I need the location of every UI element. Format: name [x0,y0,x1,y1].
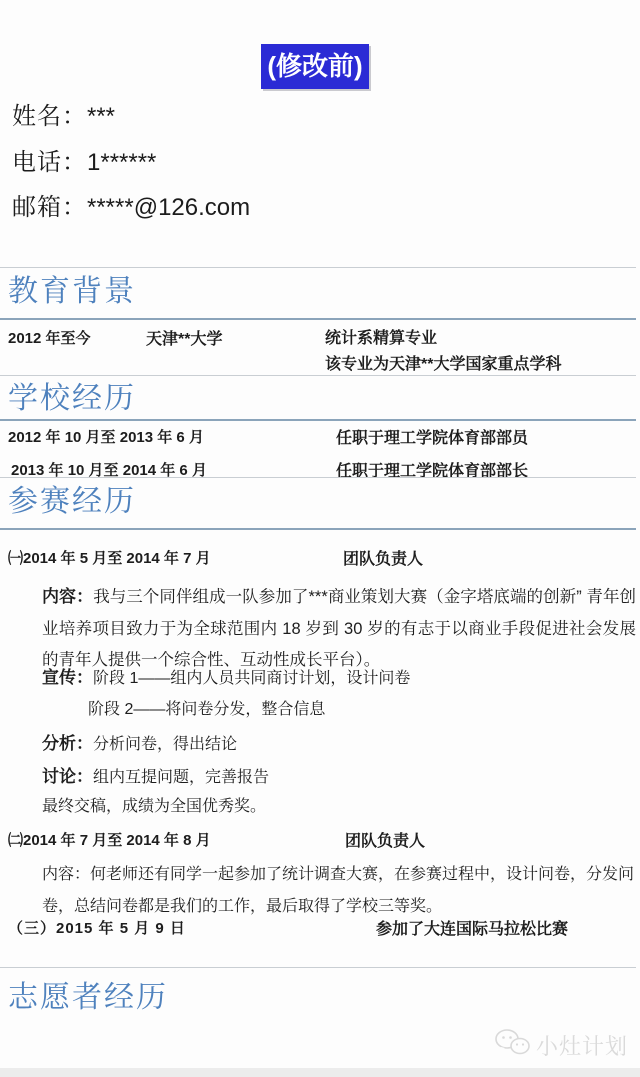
education-major: 统计系精算专业 该专业为天津**大学国家重点学科 [325,326,561,378]
phone-value: 1****** [87,149,156,176]
page-title: (修改前) [261,44,369,89]
phone-label: 电话： [12,149,87,176]
email-value: *****@126.com [87,194,250,221]
analysis-text: 分析问卷，得出结论 [93,736,237,753]
competition-entry3-period: （三）2015 年 5 月 9 日 [8,917,186,938]
education-period: 2012 年至今 [8,327,91,348]
competition-entry1-analysis: 分析：分析问卷，得出结论 [42,729,237,754]
section-heading-education: 教育背景 [8,272,136,312]
contact-email-row: 邮箱：*****@126.com [12,187,250,222]
divider [0,375,636,376]
competition-entry1-promotion: 宣传：阶段 1——组内人员共同商讨计划，设计问卷 [42,663,410,688]
email-label: 邮箱： [12,194,87,221]
competition-entry2-role: 团队负责人 [345,828,425,851]
competition-entry2-period: ㈡2014 年 7 月至 2014 年 8 月 [8,829,211,850]
content-label: 内容： [42,587,93,606]
competition-entry1-period: ㈠2014 年 5 月至 2014 年 7 月 [8,547,211,568]
discussion-label: 讨论： [42,767,93,786]
watermark-text: 小灶计划 [536,1030,628,1061]
name-label: 姓名： [12,103,87,130]
competition-entry1-stage2: 阶段 2——将问卷分发，整合信息 [88,696,325,719]
heading-underline [0,528,636,530]
education-school: 天津**大学 [146,326,222,349]
promotion-text: 阶段 1——组内人员共同商讨计划，设计问卷 [93,670,410,687]
competition-entry1-result: 最终交稿，成绩为全国优秀奖。 [42,793,266,816]
divider [0,477,636,478]
section-heading-volunteer: 志愿者经历 [8,978,168,1018]
education-major-line1: 统计系精算专业 [325,326,561,352]
competition-entry1-role: 团队负责人 [343,546,423,569]
competition-entry1-discussion: 讨论：组内互提问题，完善报告 [42,762,269,787]
competition-entry3-role: 参加了大连国际马拉松比赛 [376,916,568,939]
divider [0,967,636,968]
contact-phone-row: 电话：1****** [12,142,156,177]
school-exp-row-period: 2012 年 10 月至 2013 年 6 月 [8,426,204,447]
school-exp-row-role: 任职于理工学院体育部部员 [336,425,528,448]
watermark: 小灶计划 [494,1029,628,1061]
content-text: 我与三个同伴组成一队参加了***商业策划大赛（金字塔底端的创新” 青年创业培养项… [42,588,636,669]
competition-entry2-content: 内容：何老师还有同学一起参加了统计调查大赛，在参赛过程中，设计问卷，分发问卷，总… [42,859,638,923]
discussion-text: 组内互提问题，完善报告 [93,769,269,786]
bottom-strip [0,1068,640,1077]
divider [0,267,636,268]
wechat-icon [494,1028,532,1063]
heading-underline [0,419,636,421]
heading-underline [0,318,636,320]
name-value: *** [87,103,115,130]
analysis-label: 分析： [42,734,93,753]
contact-name-row: 姓名：*** [12,96,115,131]
section-heading-competition: 参赛经历 [8,482,136,522]
section-heading-school-exp: 学校经历 [8,379,136,419]
promotion-label: 宣传： [42,668,93,687]
